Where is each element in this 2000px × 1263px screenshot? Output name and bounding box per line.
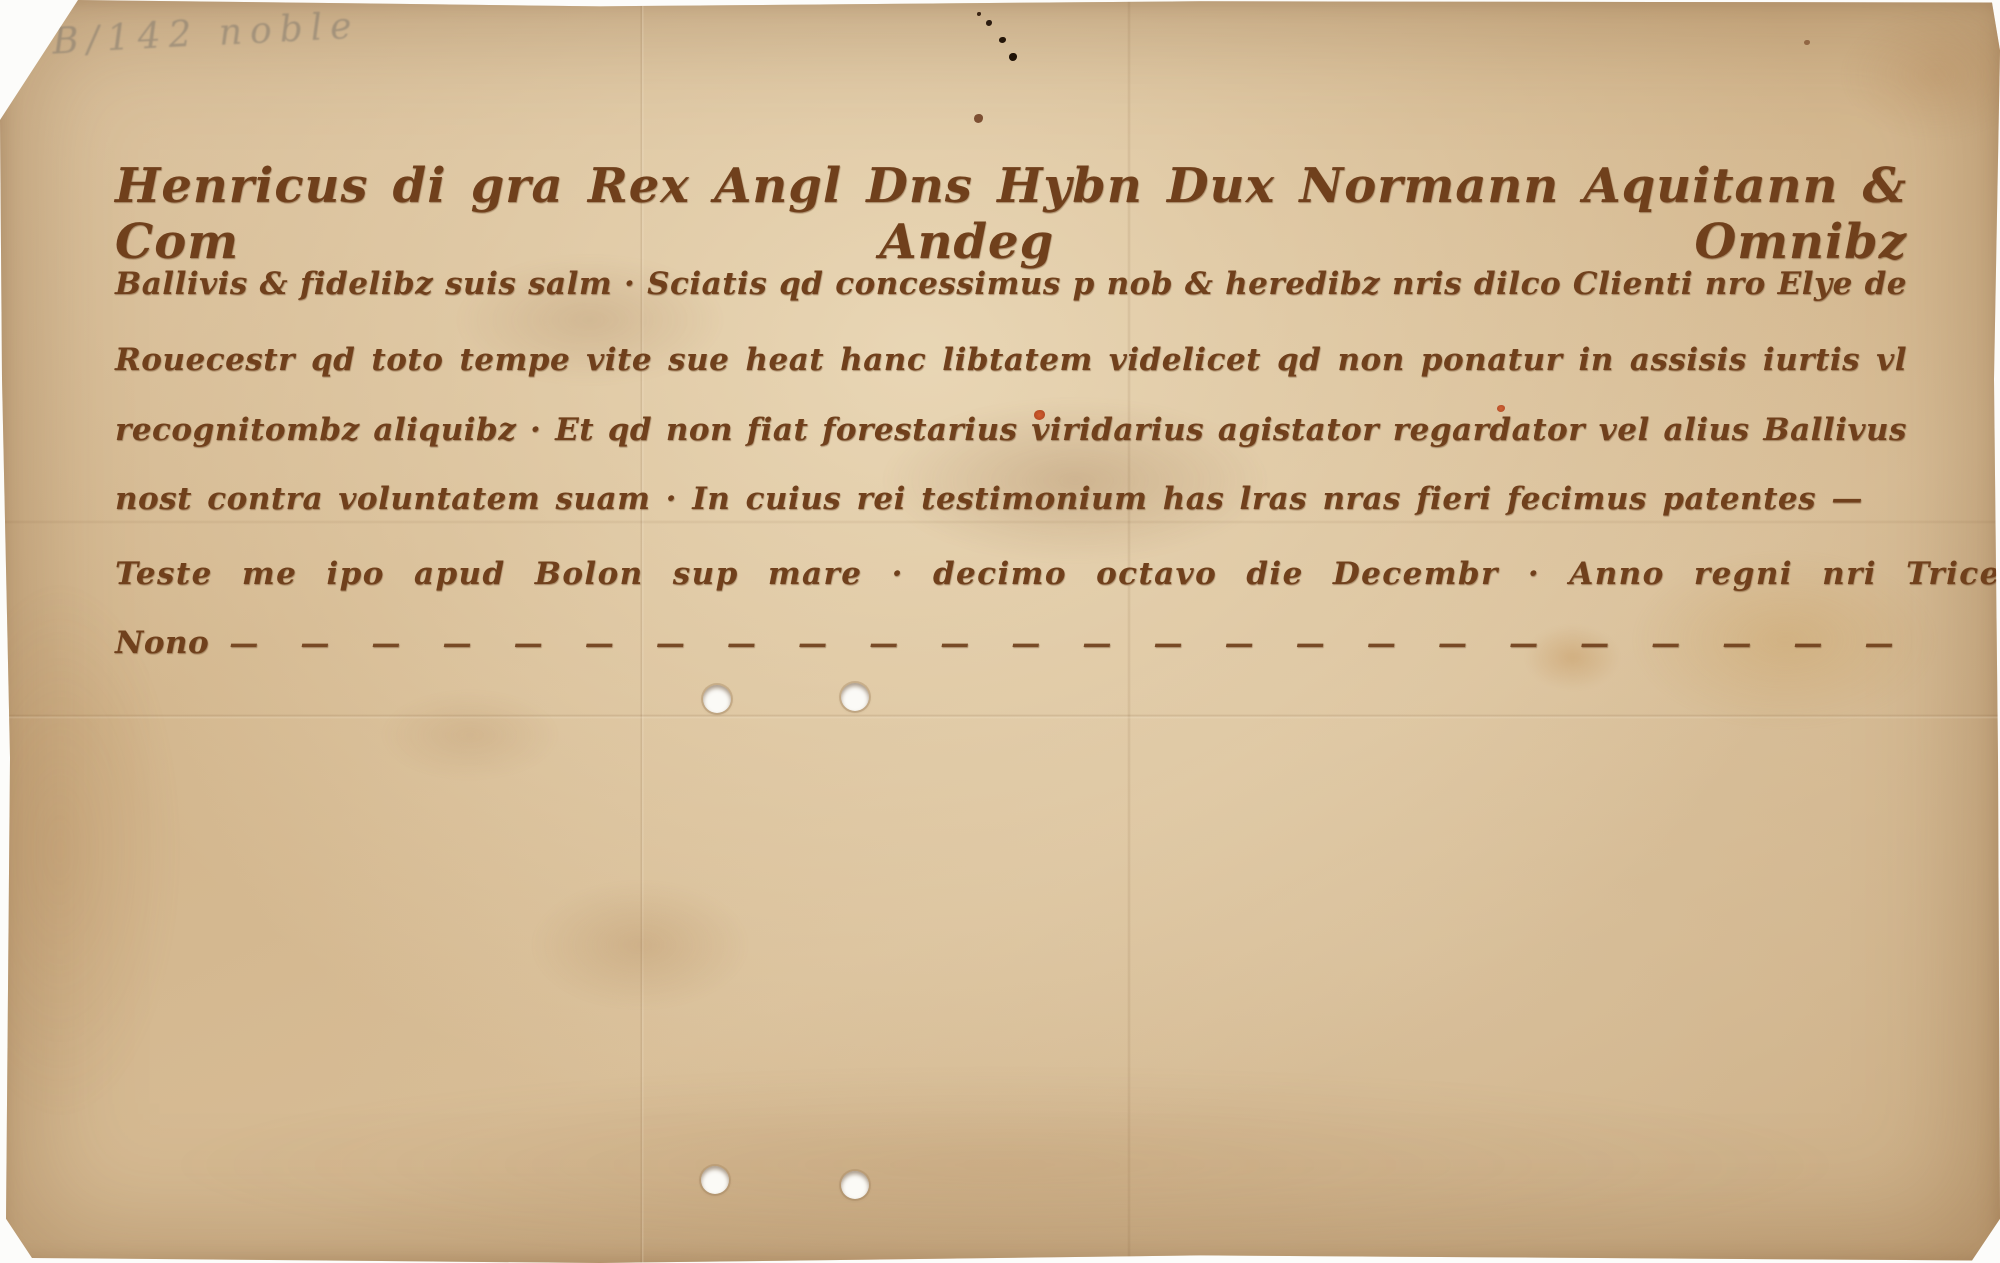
- manuscript-line-7-word: Nono: [115, 625, 209, 661]
- ink-speck: [974, 114, 983, 123]
- corner-stain: [1840, 10, 2000, 140]
- manuscript-line-2: Ballivis & fidelibz suis salm · Sciatis …: [115, 266, 1907, 302]
- pencil-archive-note: B/142 noble: [51, 0, 572, 63]
- red-wax-speck: [1497, 405, 1505, 412]
- punch-hole: [841, 683, 869, 711]
- ink-speck: [986, 20, 992, 26]
- manuscript-line-1: Henricus di gra Rex Angl Dns Hybn Dux No…: [115, 158, 1907, 270]
- closing-flourish-dashes: — — — — — — — — — — — — — — — — — — — — …: [229, 626, 1907, 660]
- manuscript-line-3: Rouecestr qd toto tempe vite sue heat ha…: [115, 342, 1907, 378]
- ink-speck: [1804, 40, 1810, 45]
- manuscript-line-7: Nono — — — — — — — — — — — — — — — — — —…: [115, 625, 1907, 661]
- ink-speck: [977, 12, 981, 16]
- parchment-stain: [530, 880, 750, 1010]
- punch-hole: [703, 685, 731, 713]
- horizontal-fold-crease: [0, 714, 2000, 719]
- bottom-stain: [180, 1070, 1830, 1260]
- horizontal-fold-crease: [0, 520, 2000, 524]
- ink-speck: [999, 37, 1006, 43]
- ink-speck: [1009, 53, 1017, 61]
- manuscript-line-6: Teste me ipo apud Bolon sup mare · decim…: [115, 556, 1907, 592]
- punch-hole: [701, 1166, 729, 1194]
- manuscript-line-5: nost contra voluntatem suam · In cuius r…: [115, 481, 1907, 517]
- edge-mottling-stain: [0, 580, 180, 1120]
- parchment-sheet: B/142 noble Henricus di gra Rex Angl Dns…: [0, 0, 2000, 1263]
- parchment-stain: [380, 690, 560, 780]
- manuscript-line-4: recognitombz aliquibz · Et qd non fiat f…: [115, 412, 1907, 448]
- punch-hole: [841, 1171, 869, 1199]
